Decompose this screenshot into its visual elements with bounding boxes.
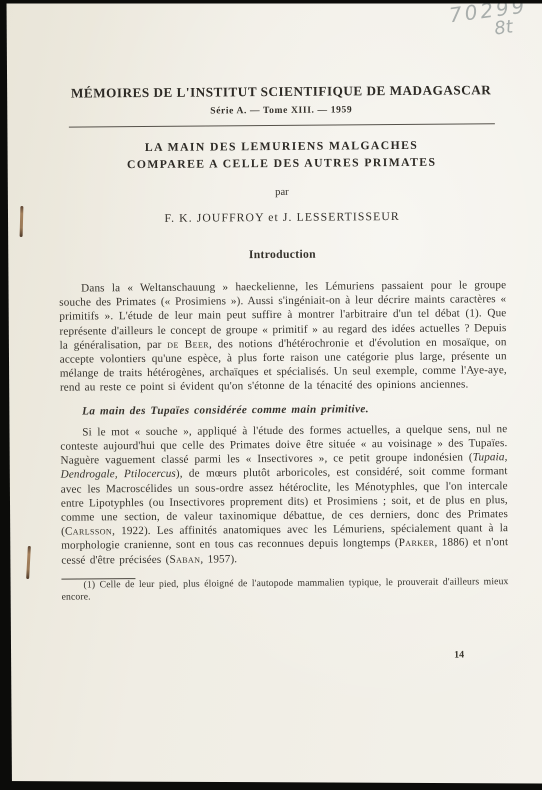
page-content: 70299 8t MÉMOIRES DE L'INSTITUT SCIENTIF… [0, 0, 542, 790]
article-title: LA MAIN DES LEMURIENS MALGACHES COMPAREE… [58, 137, 505, 174]
page-number: 14 [454, 649, 464, 660]
handwritten-catalog-number: 70299 8t [448, 0, 531, 44]
scanned-page: 70299 8t MÉMOIRES DE L'INSTITUT SCIENTIF… [0, 0, 542, 790]
subheading-tupaies: La main des Tupaïes considérée comme mai… [60, 401, 507, 419]
body-text-column: Dans la « Weltanschauung » haeckelienne,… [59, 278, 509, 605]
authors-line: F. K. JOUFFROY et J. LESSERTISSEUR [59, 209, 506, 226]
section-heading-introduction: Introduction [59, 246, 506, 263]
series-volume-line: Série A. — Tome XIII. — 1959 [58, 103, 505, 118]
paragraph-2: Si le mot « souche », appliqué à l'étude… [60, 422, 508, 568]
byline-par: par [58, 185, 505, 200]
header-rule [68, 123, 494, 127]
article-title-line2: COMPAREE A CELLE DES AUTRES PRIMATES [58, 154, 505, 174]
footnote-text: (1) Celle de leur pied, plus éloigné de … [61, 576, 508, 605]
paragraph-1: Dans la « Weltanschauung » haeckelienne,… [59, 278, 507, 395]
journal-title: MÉMOIRES DE L'INSTITUT SCIENTIFIQUE DE M… [58, 82, 505, 102]
paper-sheet: 70299 8t MÉMOIRES DE L'INSTITUT SCIENTIF… [0, 0, 542, 790]
